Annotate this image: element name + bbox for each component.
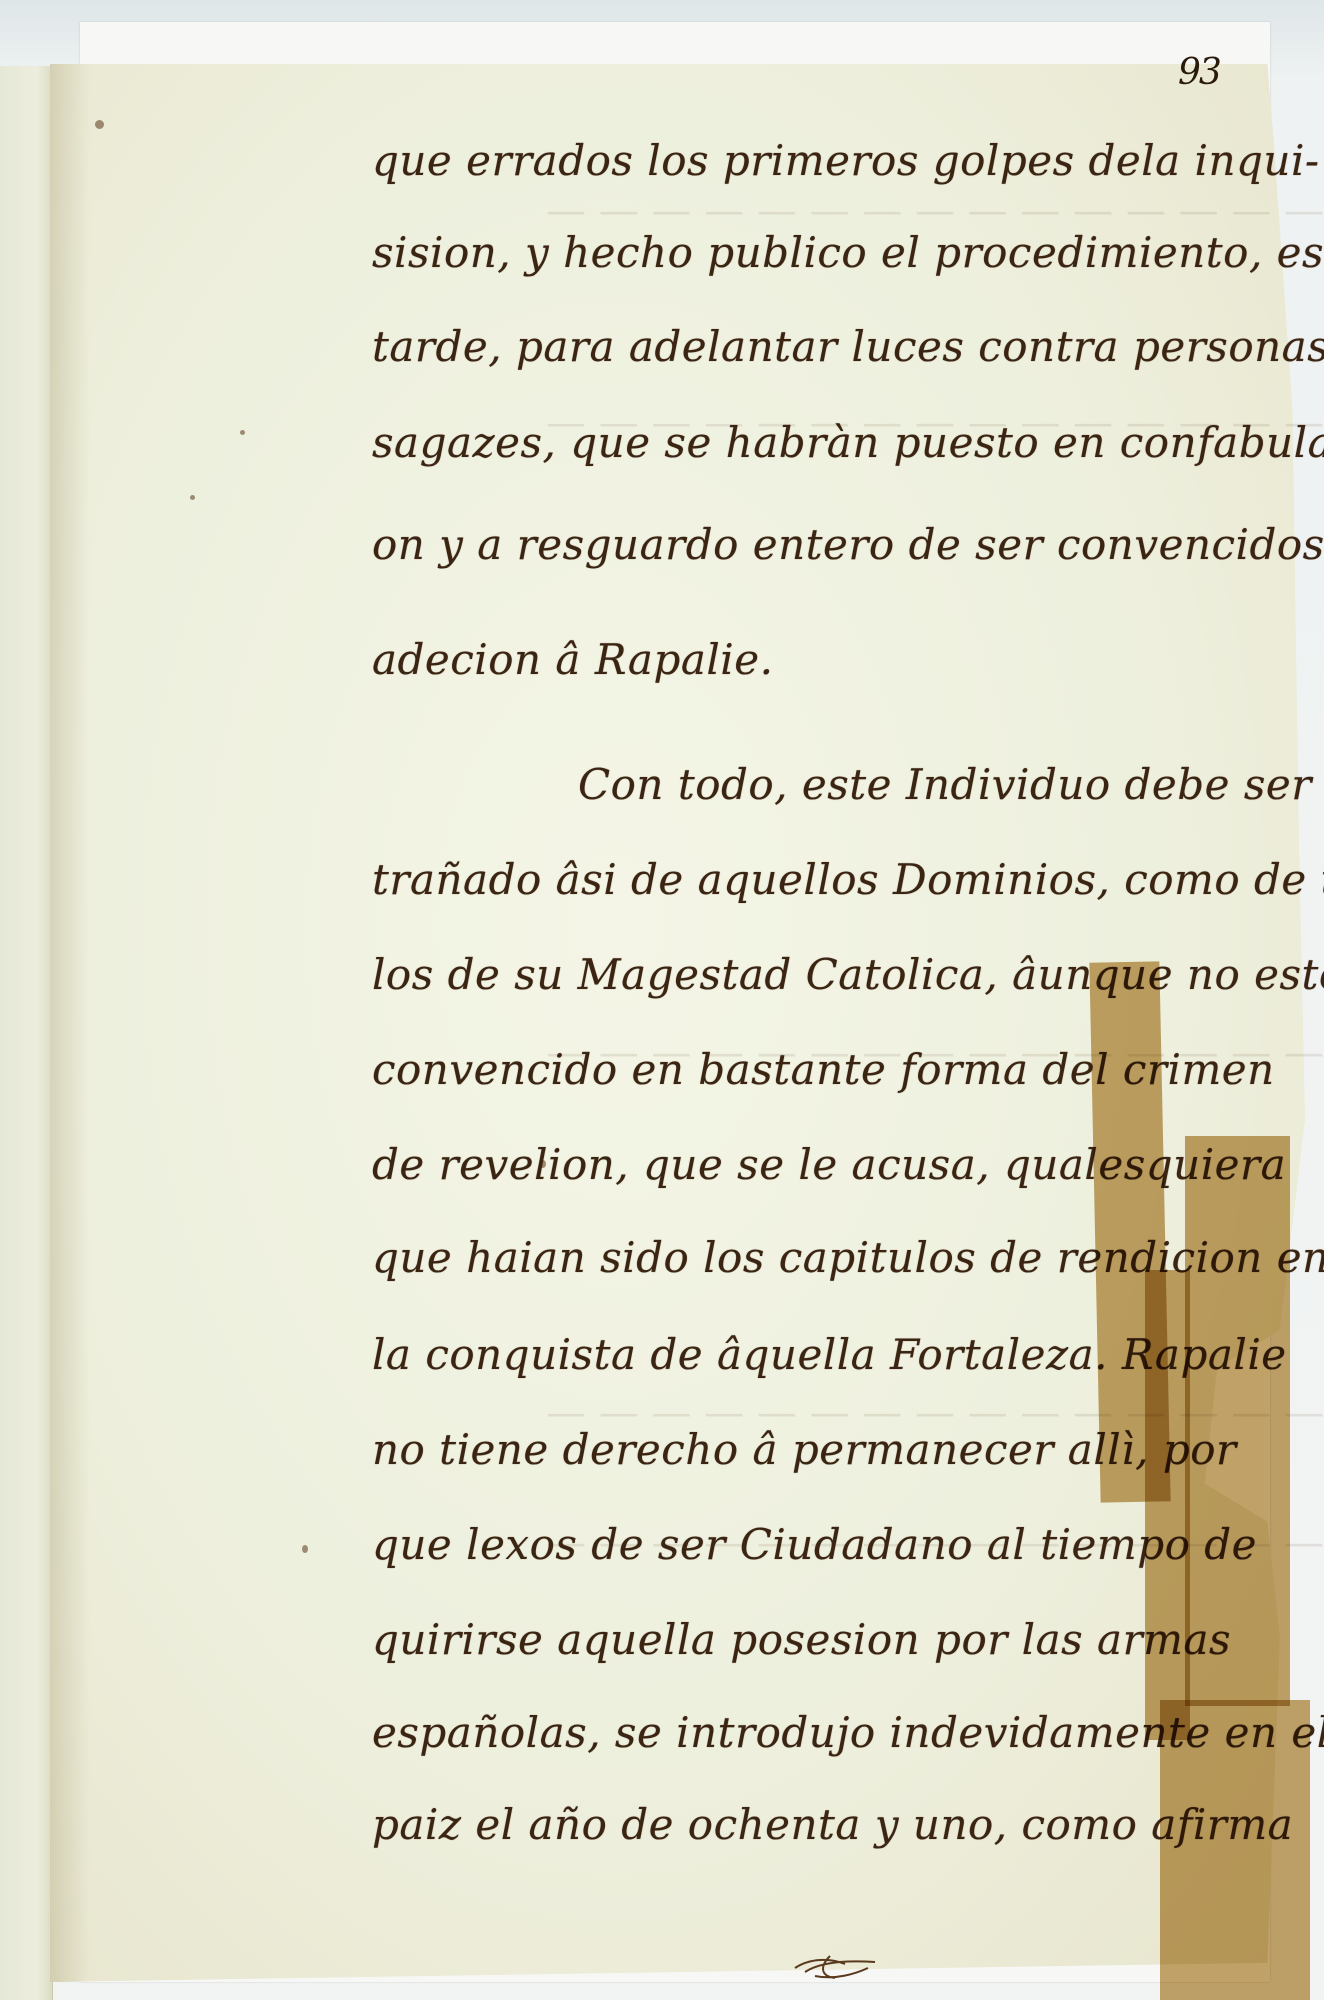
manuscript-line: trañado âsi de aquellos Dominios, como d… [372, 855, 1282, 904]
paragraph-start-line: Con todo, este Individuo debe ser es- [578, 760, 1324, 809]
manuscript-line: que errados los primeros golpes dela inq… [372, 136, 1282, 185]
repair-tape [1145, 1270, 1190, 1740]
manuscript-line: sision, y hecho publico el procedimiento… [372, 228, 1282, 277]
manuscript-line: paiz el año de ochenta y uno, como afirm… [372, 1800, 1282, 1849]
catchword-flourish-icon [790, 1950, 880, 1982]
manuscript-line: sagazes, que se habràn puesto en confabu… [372, 418, 1282, 467]
manuscript-line: on y a resguardo entero de ser convencid… [372, 520, 1282, 569]
repair-tape [1160, 1700, 1310, 2000]
manuscript-line: tarde, para adelantar luces contra perso… [372, 322, 1282, 371]
repair-tape [1185, 1136, 1290, 1706]
manuscript-line: adecion â Rapalie. [372, 635, 1282, 684]
